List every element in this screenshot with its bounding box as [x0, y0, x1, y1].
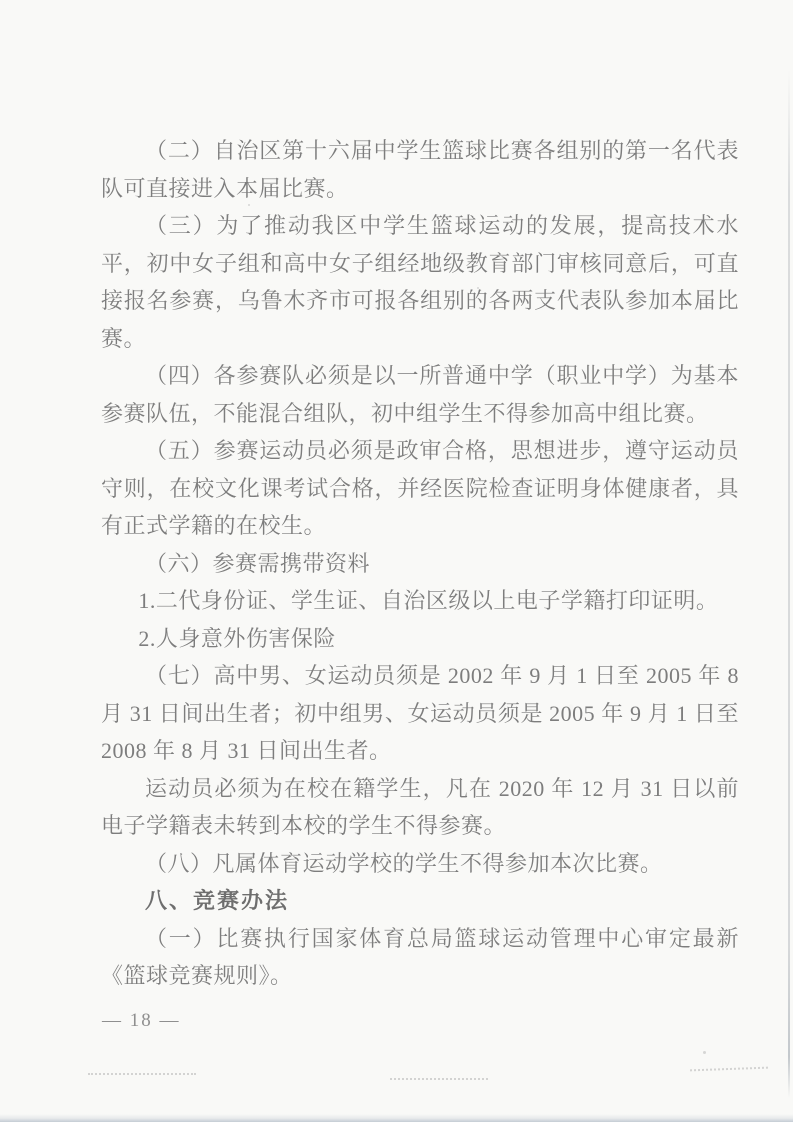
para-method-1: （一）比赛执行国家体育总局篮球运动管理中心审定最新《篮球竞赛规则》。: [101, 920, 739, 995]
document-body: （二）自治区第十六届中学生篮球比赛各组别的第一名代表队可直接进入本届比赛。 （三…: [101, 132, 739, 995]
para-required-doc-2: 2.人身意外伤害保险: [101, 620, 739, 658]
scan-speck: [248, 204, 250, 206]
page-right-edge-shadow: [788, 70, 790, 1098]
scan-artifact: [88, 1073, 196, 1075]
scan-speck: [477, 287, 479, 289]
para-rule-6: （六）参赛需携带资料: [101, 545, 739, 583]
para-enrollment-note: 运动员必须为在校在籍学生，凡在 2020 年 12 月 31 日以前电子学籍表未…: [101, 770, 739, 845]
page-bottom-edge-shadow: [0, 1114, 793, 1122]
para-rule-5: （五）参赛运动员必须是政审合格，思想进步，遵守运动员守则，在校文化课考试合格，并…: [101, 432, 739, 545]
page-number: — 18 —: [102, 1008, 181, 1034]
para-rule-7: （七）高中男、女运动员须是 2002 年 9 月 1 日至 2005 年 8 月…: [101, 657, 739, 770]
heading-section-8-competition-method: 八、竞赛办法: [101, 882, 739, 920]
para-rule-3: （三）为了推动我区中学生篮球运动的发展，提高技术水平，初中女子组和高中女子组经地…: [101, 207, 739, 357]
para-rule-4: （四）各参赛队必须是以一所普通中学（职业中学）为基本参赛队伍，不能混合组队，初中…: [101, 357, 739, 432]
para-required-doc-1: 1.二代身份证、学生证、自治区级以上电子学籍打印证明。: [101, 582, 739, 620]
scan-artifact: [390, 1078, 488, 1080]
scan-artifact: [690, 1067, 768, 1072]
scanned-document-page: （二）自治区第十六届中学生篮球比赛各组别的第一名代表队可直接进入本届比赛。 （三…: [0, 0, 793, 1122]
para-rule-2: （二）自治区第十六届中学生篮球比赛各组别的第一名代表队可直接进入本届比赛。: [101, 132, 739, 207]
scan-speck: [703, 1051, 706, 1054]
para-rule-8: （八）凡属体育运动学校的学生不得参加本次比赛。: [101, 845, 739, 883]
